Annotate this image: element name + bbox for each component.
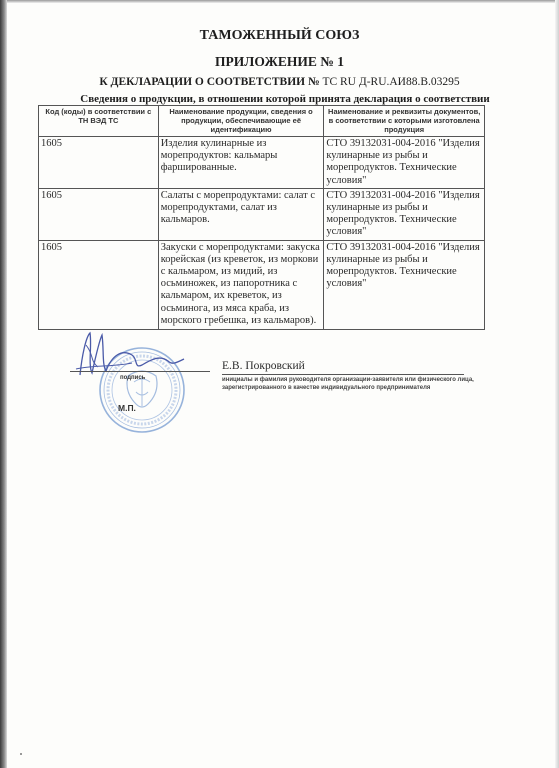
scan-speck (20, 753, 22, 755)
declaration-title: К ДЕКЛАРАЦИИ О СООТВЕТСТВИИ № ТС RU Д-RU… (0, 76, 559, 88)
cell-code: 1605 (39, 240, 159, 329)
appendix-title: ПРИЛОЖЕНИЕ № 1 (0, 54, 559, 70)
signature-line (70, 371, 210, 372)
scan-border-left (0, 0, 7, 768)
cell-product: Изделия кулинарные из морепродуктов: кал… (158, 137, 324, 189)
declaration-prefix: К ДЕКЛАРАЦИИ О СООТВЕТСТВИИ № (99, 76, 319, 88)
declaration-number: ТС RU Д-RU.АИ88.В.03295 (322, 76, 459, 88)
signatory-caption: инициалы и фамилия руководителя организа… (222, 377, 482, 392)
cell-product: Салаты с морепродуктами: салат с морепро… (158, 188, 324, 240)
scan-border-top (0, 0, 559, 3)
stamp-label: М.П. (118, 403, 136, 413)
union-title: ТАМОЖЕННЫЙ СОЮЗ (0, 28, 559, 44)
table-row: 1605 Закуски с морепродуктами: закуска к… (39, 240, 485, 329)
cell-document: СТО 39132031-004-2016 "Изделия кулинарны… (324, 188, 485, 240)
table-row: 1605 Изделия кулинарные из морепродуктов… (39, 137, 485, 189)
products-table: Код (коды) в соответствии с ТН ВЭД ТС На… (38, 105, 485, 330)
signature-label: подпись (120, 375, 145, 381)
table-row: 1605 Салаты с морепродуктами: салат с мо… (39, 188, 485, 240)
column-header-product: Наименование продукции, сведения о проду… (158, 106, 324, 137)
cell-code: 1605 (39, 188, 159, 240)
scan-border-right (555, 0, 559, 768)
column-header-document: Наименование и реквизиты документов, в с… (324, 106, 485, 137)
cell-document: СТО 39132031-004-2016 "Изделия кулинарны… (324, 137, 485, 189)
signatory-name-line (222, 374, 464, 375)
column-header-code: Код (коды) в соответствии с ТН ВЭД ТС (39, 106, 159, 137)
cell-code: 1605 (39, 137, 159, 189)
signatory-name: Е.В. Покровский (222, 360, 305, 372)
table-subtitle: Сведения о продукции, в отношении которо… (60, 93, 510, 105)
table-header-row: Код (коды) в соответствии с ТН ВЭД ТС На… (39, 106, 485, 137)
cell-document: СТО 39132031-004-2016 "Изделия кулинарны… (324, 240, 485, 329)
cell-product: Закуски с морепродуктами: закуска корейс… (158, 240, 324, 329)
